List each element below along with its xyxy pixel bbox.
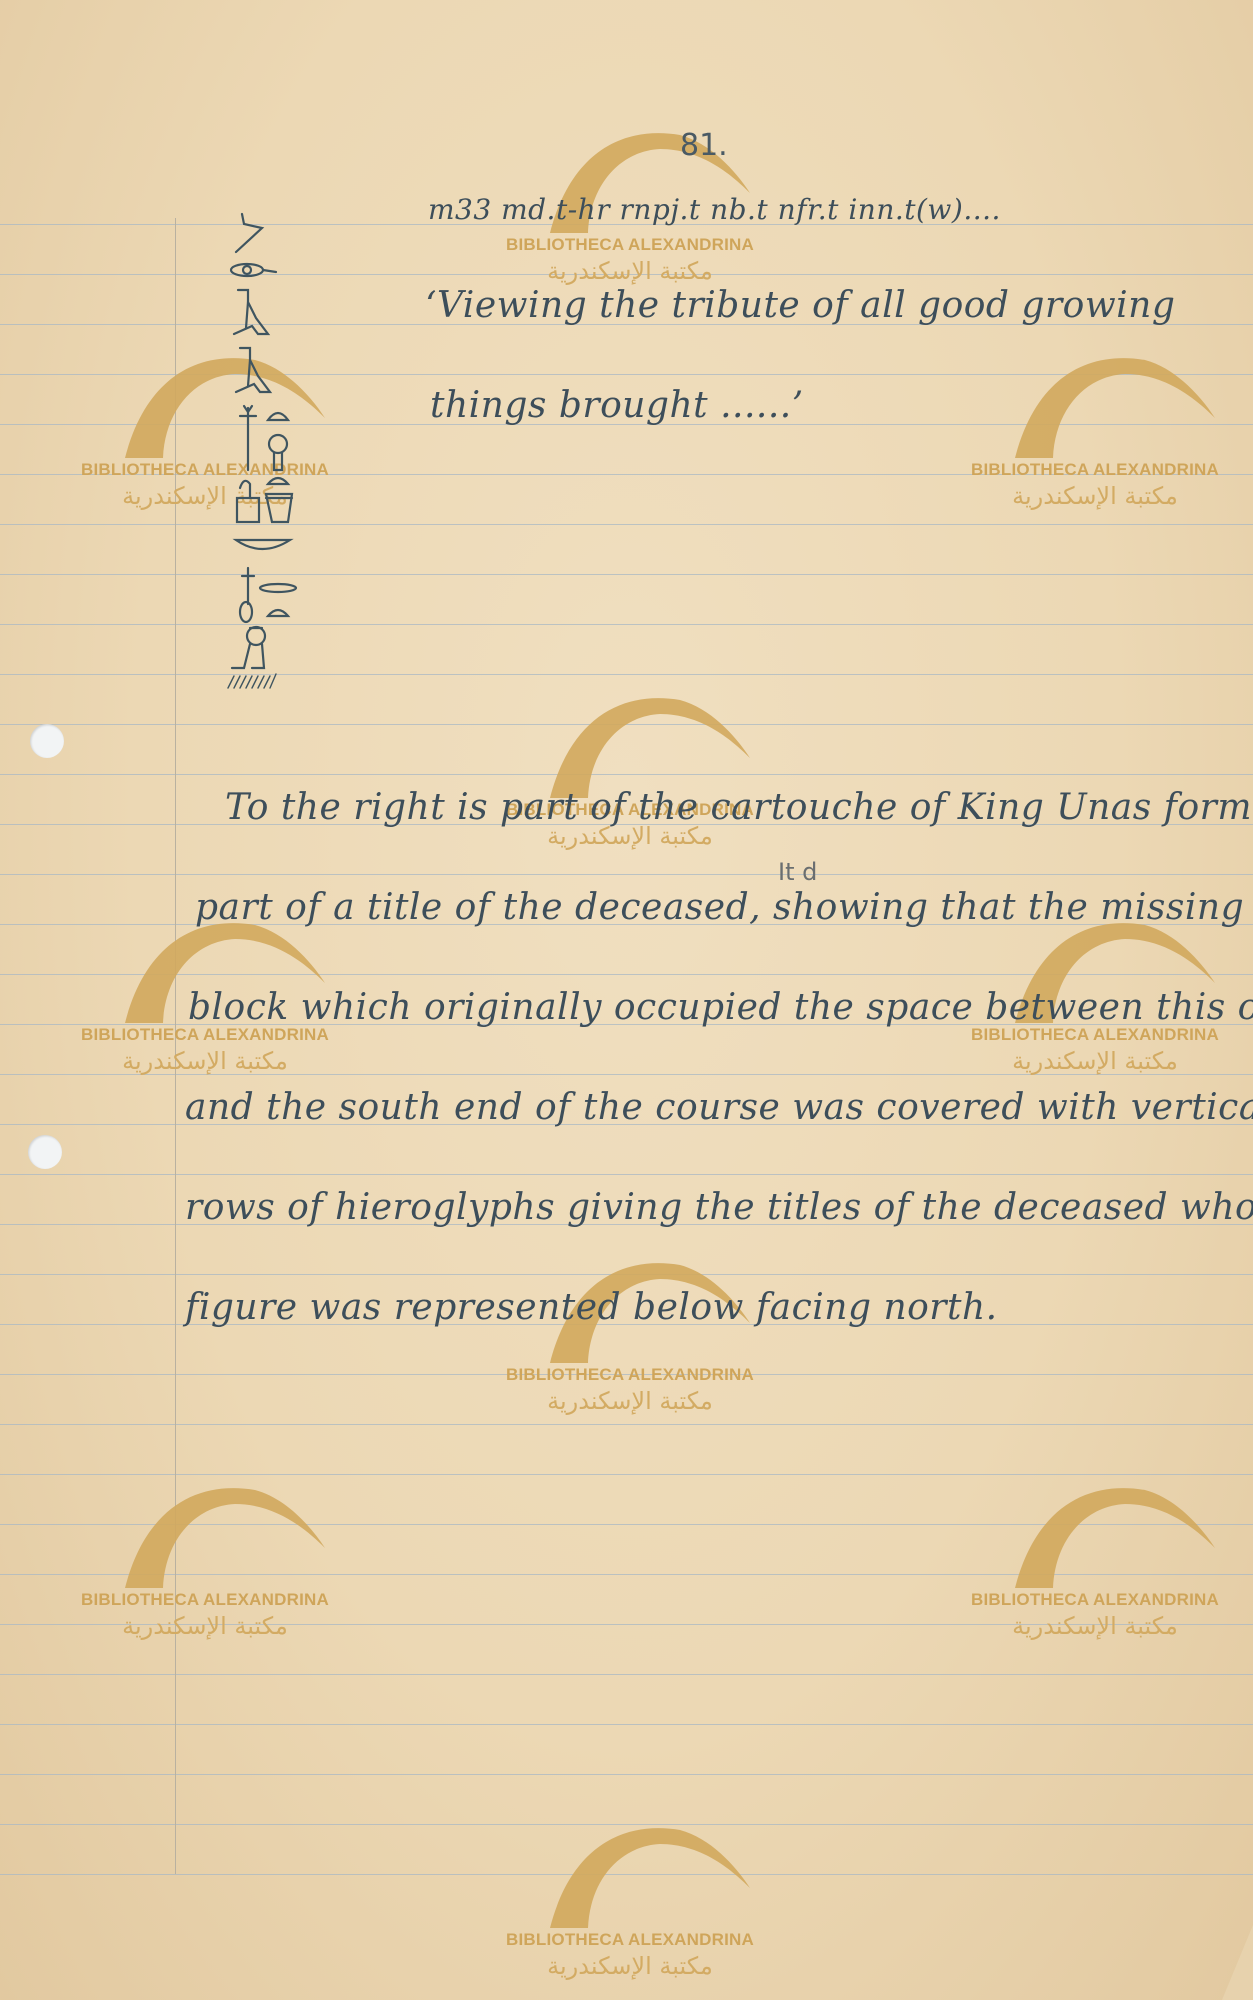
ruled-line (0, 1724, 1253, 1725)
ruled-line (0, 574, 1253, 575)
ruled-line (0, 774, 1253, 775)
vulture-icon (236, 348, 270, 392)
page-number: 81. (680, 128, 728, 163)
hieroglyph-sign-icon (236, 214, 262, 252)
walking-legs-icon (232, 627, 265, 668)
basket-lamp-icon (237, 481, 259, 522)
ruled-line (0, 1374, 1253, 1375)
manuscript-page: BIBLIOTHECA ALEXANDRINA مكتبة الإسكندرية… (0, 0, 1253, 2000)
pencil-insertion: It d (778, 858, 817, 886)
pot-icon (266, 494, 292, 522)
ruled-line (0, 724, 1253, 725)
watermark: BIBLIOTHECA ALEXANDRINA مكتبة الإسكندرية (470, 1810, 790, 1980)
ruled-line (0, 1624, 1253, 1625)
heart-jar-icon (269, 435, 287, 470)
eye-icon (231, 264, 276, 276)
watermark: BIBLIOTHECA ALEXANDRINA مكتبة الإسكندرية (935, 340, 1253, 510)
ruled-line (0, 1074, 1253, 1075)
translation-line: things brought ......’ (430, 385, 804, 426)
hieroglyph-column (222, 208, 312, 728)
ruled-line (0, 524, 1253, 525)
ruled-line (0, 1474, 1253, 1475)
paragraph-line: figure was represented below facing nort… (185, 1287, 998, 1328)
ruled-line (0, 474, 1253, 475)
ruled-line (0, 1424, 1253, 1425)
margin-line (175, 218, 176, 1874)
hatching-icon (228, 674, 276, 688)
punch-hole-bottom (28, 1135, 62, 1169)
ruled-line (0, 274, 1253, 275)
mouth-icon (260, 584, 296, 592)
ruled-line (0, 1674, 1253, 1675)
paragraph-line: rows of hieroglyphs giving the titles of… (185, 1187, 1253, 1228)
transliteration-line: m33 md.t-hr rnpj.t nb.t nfr.t inn.t(w)..… (428, 193, 1001, 226)
bread-loaf-icon (268, 478, 288, 484)
punch-hole-top (30, 724, 64, 758)
watermark: BIBLIOTHECA ALEXANDRINA مكتبة الإسكندرية (935, 1470, 1253, 1640)
ruled-line (0, 1274, 1253, 1275)
ruled-line (0, 974, 1253, 975)
staff-icon (240, 568, 254, 622)
basket-icon (236, 540, 290, 549)
ruled-line (0, 1774, 1253, 1775)
ruled-line (0, 374, 1253, 375)
vulture-icon (234, 290, 268, 334)
ruled-line (0, 1824, 1253, 1825)
paragraph-line: part of a title of the deceased, showing… (195, 887, 1244, 928)
ankh-icon (240, 406, 256, 470)
paragraph-line: and the south end of the course was cove… (185, 1087, 1253, 1128)
bread-loaf-icon (268, 610, 288, 616)
watermark: BIBLIOTHECA ALEXANDRINA مكتبة الإسكندرية (470, 1245, 790, 1415)
ruled-line (0, 1524, 1253, 1525)
ruled-line (0, 624, 1253, 625)
bread-loaf-icon (268, 413, 288, 420)
watermark: BIBLIOTHECA ALEXANDRINA مكتبة الإسكندرية (45, 340, 365, 510)
ruled-line (0, 674, 1253, 675)
paragraph-line: To the right is part of the cartouche of… (225, 787, 1253, 828)
ruled-line (0, 1574, 1253, 1575)
paragraph-line: block which originally occupied the spac… (188, 987, 1253, 1028)
ruled-line (0, 1174, 1253, 1175)
ruled-line (0, 1874, 1253, 1875)
watermark: BIBLIOTHECA ALEXANDRINA مكتبة الإسكندرية (45, 1470, 365, 1640)
translation-line: ‘Viewing the tribute of all good growing (425, 285, 1175, 326)
ruled-line (0, 874, 1253, 875)
